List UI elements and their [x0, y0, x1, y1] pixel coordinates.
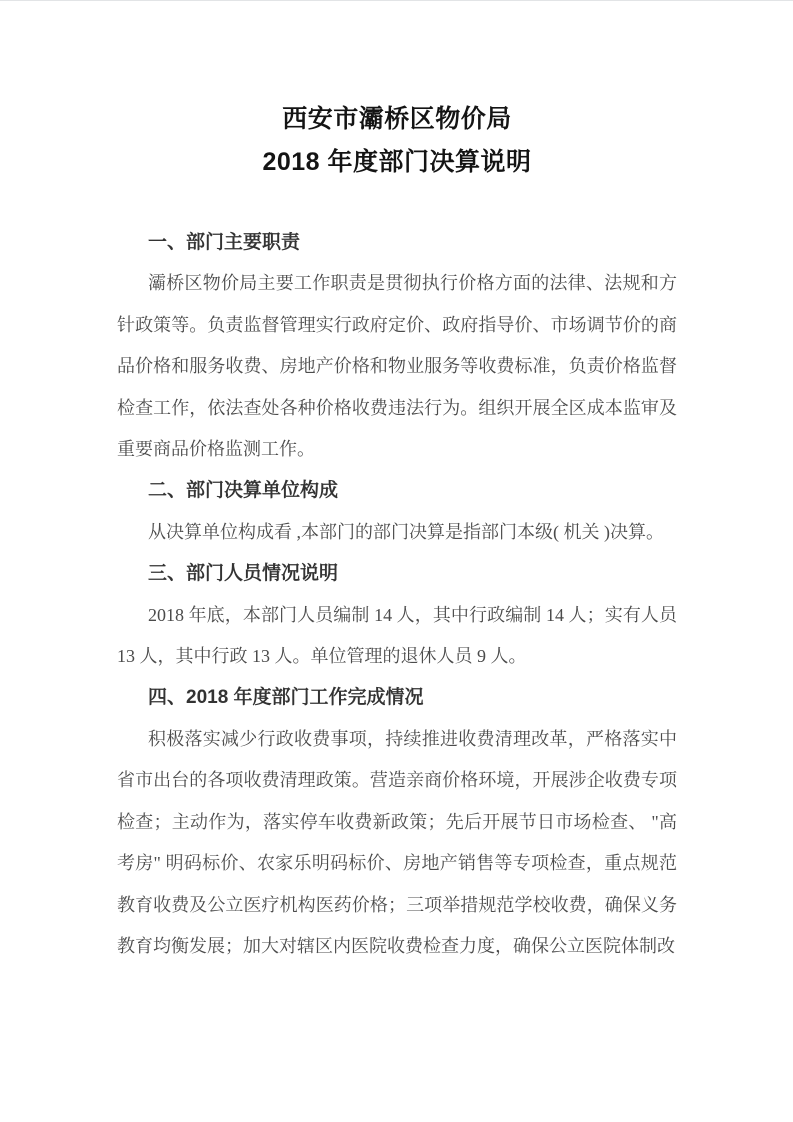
section-3: 三、部门人员情况说明 2018 年底，本部门人员编制 14 人，其中行政编制 1… — [117, 553, 677, 677]
document-title-line-2: 2018 年度部门决算说明 — [117, 141, 677, 184]
document-page: 西安市灞桥区物价局 2018 年度部门决算说明 一、部门主要职责 灞桥区物价局主… — [117, 1, 677, 967]
section-2-heading: 二、部门决算单位构成 — [117, 470, 677, 511]
section-1-paragraph: 灞桥区物价局主要工作职责是贯彻执行价格方面的法律、法规和方针政策等。负责监督管理… — [117, 263, 677, 470]
section-4-heading: 四、2018 年度部门工作完成情况 — [117, 677, 677, 718]
document-title: 西安市灞桥区物价局 2018 年度部门决算说明 — [117, 98, 677, 184]
document-title-line-1: 西安市灞桥区物价局 — [117, 98, 677, 141]
section-4: 四、2018 年度部门工作完成情况 积极落实减少行政收费事项，持续推进收费清理改… — [117, 677, 677, 967]
section-3-heading: 三、部门人员情况说明 — [117, 553, 677, 594]
document-body: 一、部门主要职责 灞桥区物价局主要工作职责是贯彻执行价格方面的法律、法规和方针政… — [117, 222, 677, 967]
section-3-paragraph: 2018 年底，本部门人员编制 14 人，其中行政编制 14 人；实有人员 13… — [117, 595, 677, 678]
section-2-paragraph: 从决算单位构成看 ,本部门的部门决算是指部门本级( 机关 )决算。 — [117, 512, 677, 553]
section-4-paragraph: 积极落实减少行政收费事项，持续推进收费清理改革，严格落实中省市出台的各项收费清理… — [117, 719, 677, 967]
section-1: 一、部门主要职责 灞桥区物价局主要工作职责是贯彻执行价格方面的法律、法规和方针政… — [117, 222, 677, 470]
section-1-heading: 一、部门主要职责 — [117, 222, 677, 263]
section-2: 二、部门决算单位构成 从决算单位构成看 ,本部门的部门决算是指部门本级( 机关 … — [117, 470, 677, 553]
